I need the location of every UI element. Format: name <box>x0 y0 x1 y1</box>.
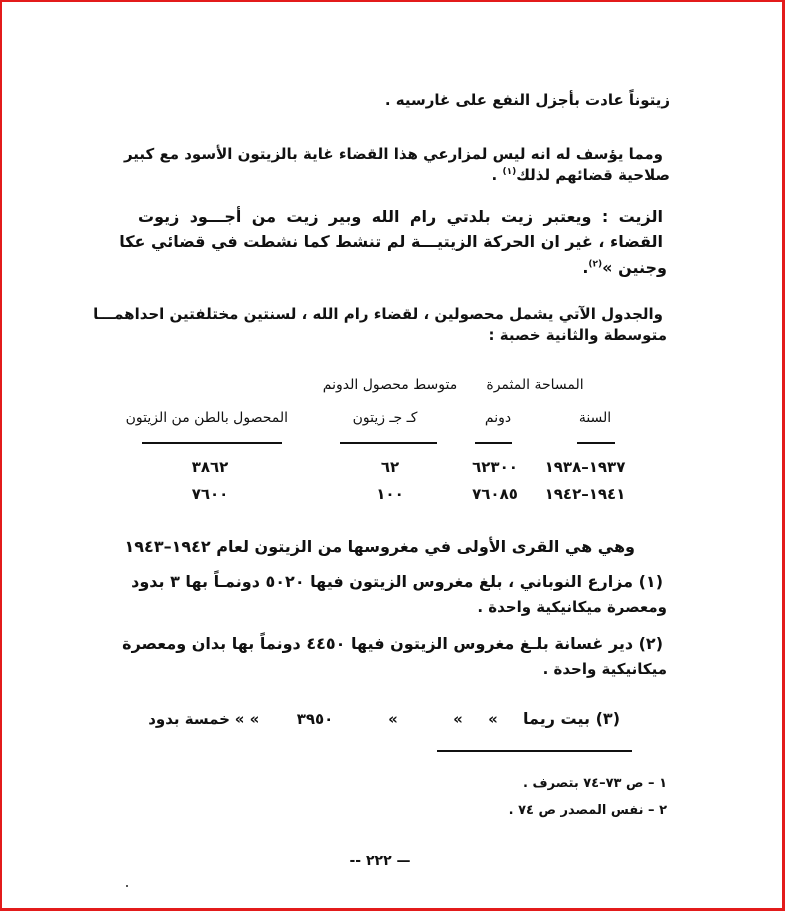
cell-dunum: ٦٢٣٠٠ <box>455 457 535 477</box>
footnote-2: ٢ – نفس المصدر ص ٧٤ . <box>417 801 667 821</box>
footnote-separator <box>437 750 632 752</box>
footnote-ref-1[interactable]: (١) <box>502 167 516 177</box>
paragraph-2-end: . <box>492 166 503 184</box>
paragraph-1-line-1: زيتوناً عادت بأجزل النفع على غارسيه . <box>250 90 670 110</box>
cell-year: ١٩٣٧–١٩٣٨ <box>535 457 635 477</box>
cell-year: ١٩٤١–١٩٤٢ <box>535 484 635 504</box>
underline-tons-olive <box>142 442 282 444</box>
table-group-header-yield: متوسط محصول الدونم <box>305 375 475 395</box>
term-oil: الزيت <box>619 207 663 226</box>
ditto-mark: » » <box>230 709 264 729</box>
ditto-mark: » <box>451 709 465 729</box>
page-number: -- ٢٢٢ — <box>320 851 440 871</box>
underline-dunum <box>475 442 512 444</box>
paragraph-2-line-1: ومما يؤسف له انه ليس لمزارعي هذا القضاء … <box>138 144 663 164</box>
paragraph-2-line-2: صلاحية قضائهم لذلك(١) . <box>270 165 670 185</box>
table-header-kg-olive: كـ جـ زيتون <box>330 408 440 428</box>
village-3-end: خمسة بدود <box>140 709 230 729</box>
footnote-ref-2[interactable]: (٢) <box>588 260 602 270</box>
table-header-tons-olive: المحصول بالطن من الزيتون <box>138 408 288 428</box>
paragraph-4-line-1: والجدول الآتي يشمل محصولين ، لقضاء رام ا… <box>138 304 663 324</box>
village-3-dunum-value: ٣٩٥٠ <box>290 709 340 729</box>
cell-dunum: ٧٦٠٨٥ <box>455 484 535 504</box>
paragraph-3-text: : ويعتبر زيت بلدتي رام الله وبير زيت من … <box>138 207 619 226</box>
underline-kg-olive <box>340 442 437 444</box>
scan-speck <box>126 885 128 887</box>
page-border <box>0 0 785 911</box>
paragraph-3-line-3: وجنين »(٢). <box>367 258 667 278</box>
ditto-mark: » <box>386 709 400 729</box>
cell-kg-olive: ١٠٠ <box>350 484 430 504</box>
village-1-line-1: (١) مزارع النوباني ، بلغ مغروس الزيتون ف… <box>138 572 663 592</box>
underline-year <box>577 442 615 444</box>
village-2-line-1: (٢) دير غسانة بلـغ مغروس الزيتون فيها ٤٤… <box>138 634 663 654</box>
village-2-line-2: ميكانيكية واحدة . <box>367 659 667 679</box>
village-3-label: (٣) بيت ريما <box>520 709 620 729</box>
table-group-header-area: المساحة المثمرة <box>470 375 600 395</box>
villages-heading: وهي هي القرى الأولى في مغروسها من الزيتو… <box>135 537 635 557</box>
paragraph-3-line-2: القضاء ، غير ان الحركة الزيتيـــة لم تنش… <box>138 232 663 252</box>
paragraph-3-line-1: الزيت : ويعتبر زيت بلدتي رام الله وبير ز… <box>138 207 663 227</box>
cell-tons-olive: ٧٦٠٠ <box>160 484 260 504</box>
table-header-year: السنة <box>555 408 635 428</box>
cell-tons-olive: ٣٨٦٢ <box>160 457 260 477</box>
table-header-dunum: دونم <box>468 408 528 428</box>
footnote-1: ١ – ص ٧٣–٧٤ بتصرف . <box>417 774 667 794</box>
cell-kg-olive: ٦٢ <box>350 457 430 477</box>
village-1-line-2: ومعصرة ميكانيكية واحدة . <box>367 597 667 617</box>
paragraph-4-line-2: متوسطة والثانية خصبة : <box>367 325 667 345</box>
ditto-mark: » <box>486 709 500 729</box>
paragraph-2-text: صلاحية قضائهم لذلك <box>516 166 670 184</box>
paragraph-3-text-end: وجنين » <box>602 258 667 277</box>
